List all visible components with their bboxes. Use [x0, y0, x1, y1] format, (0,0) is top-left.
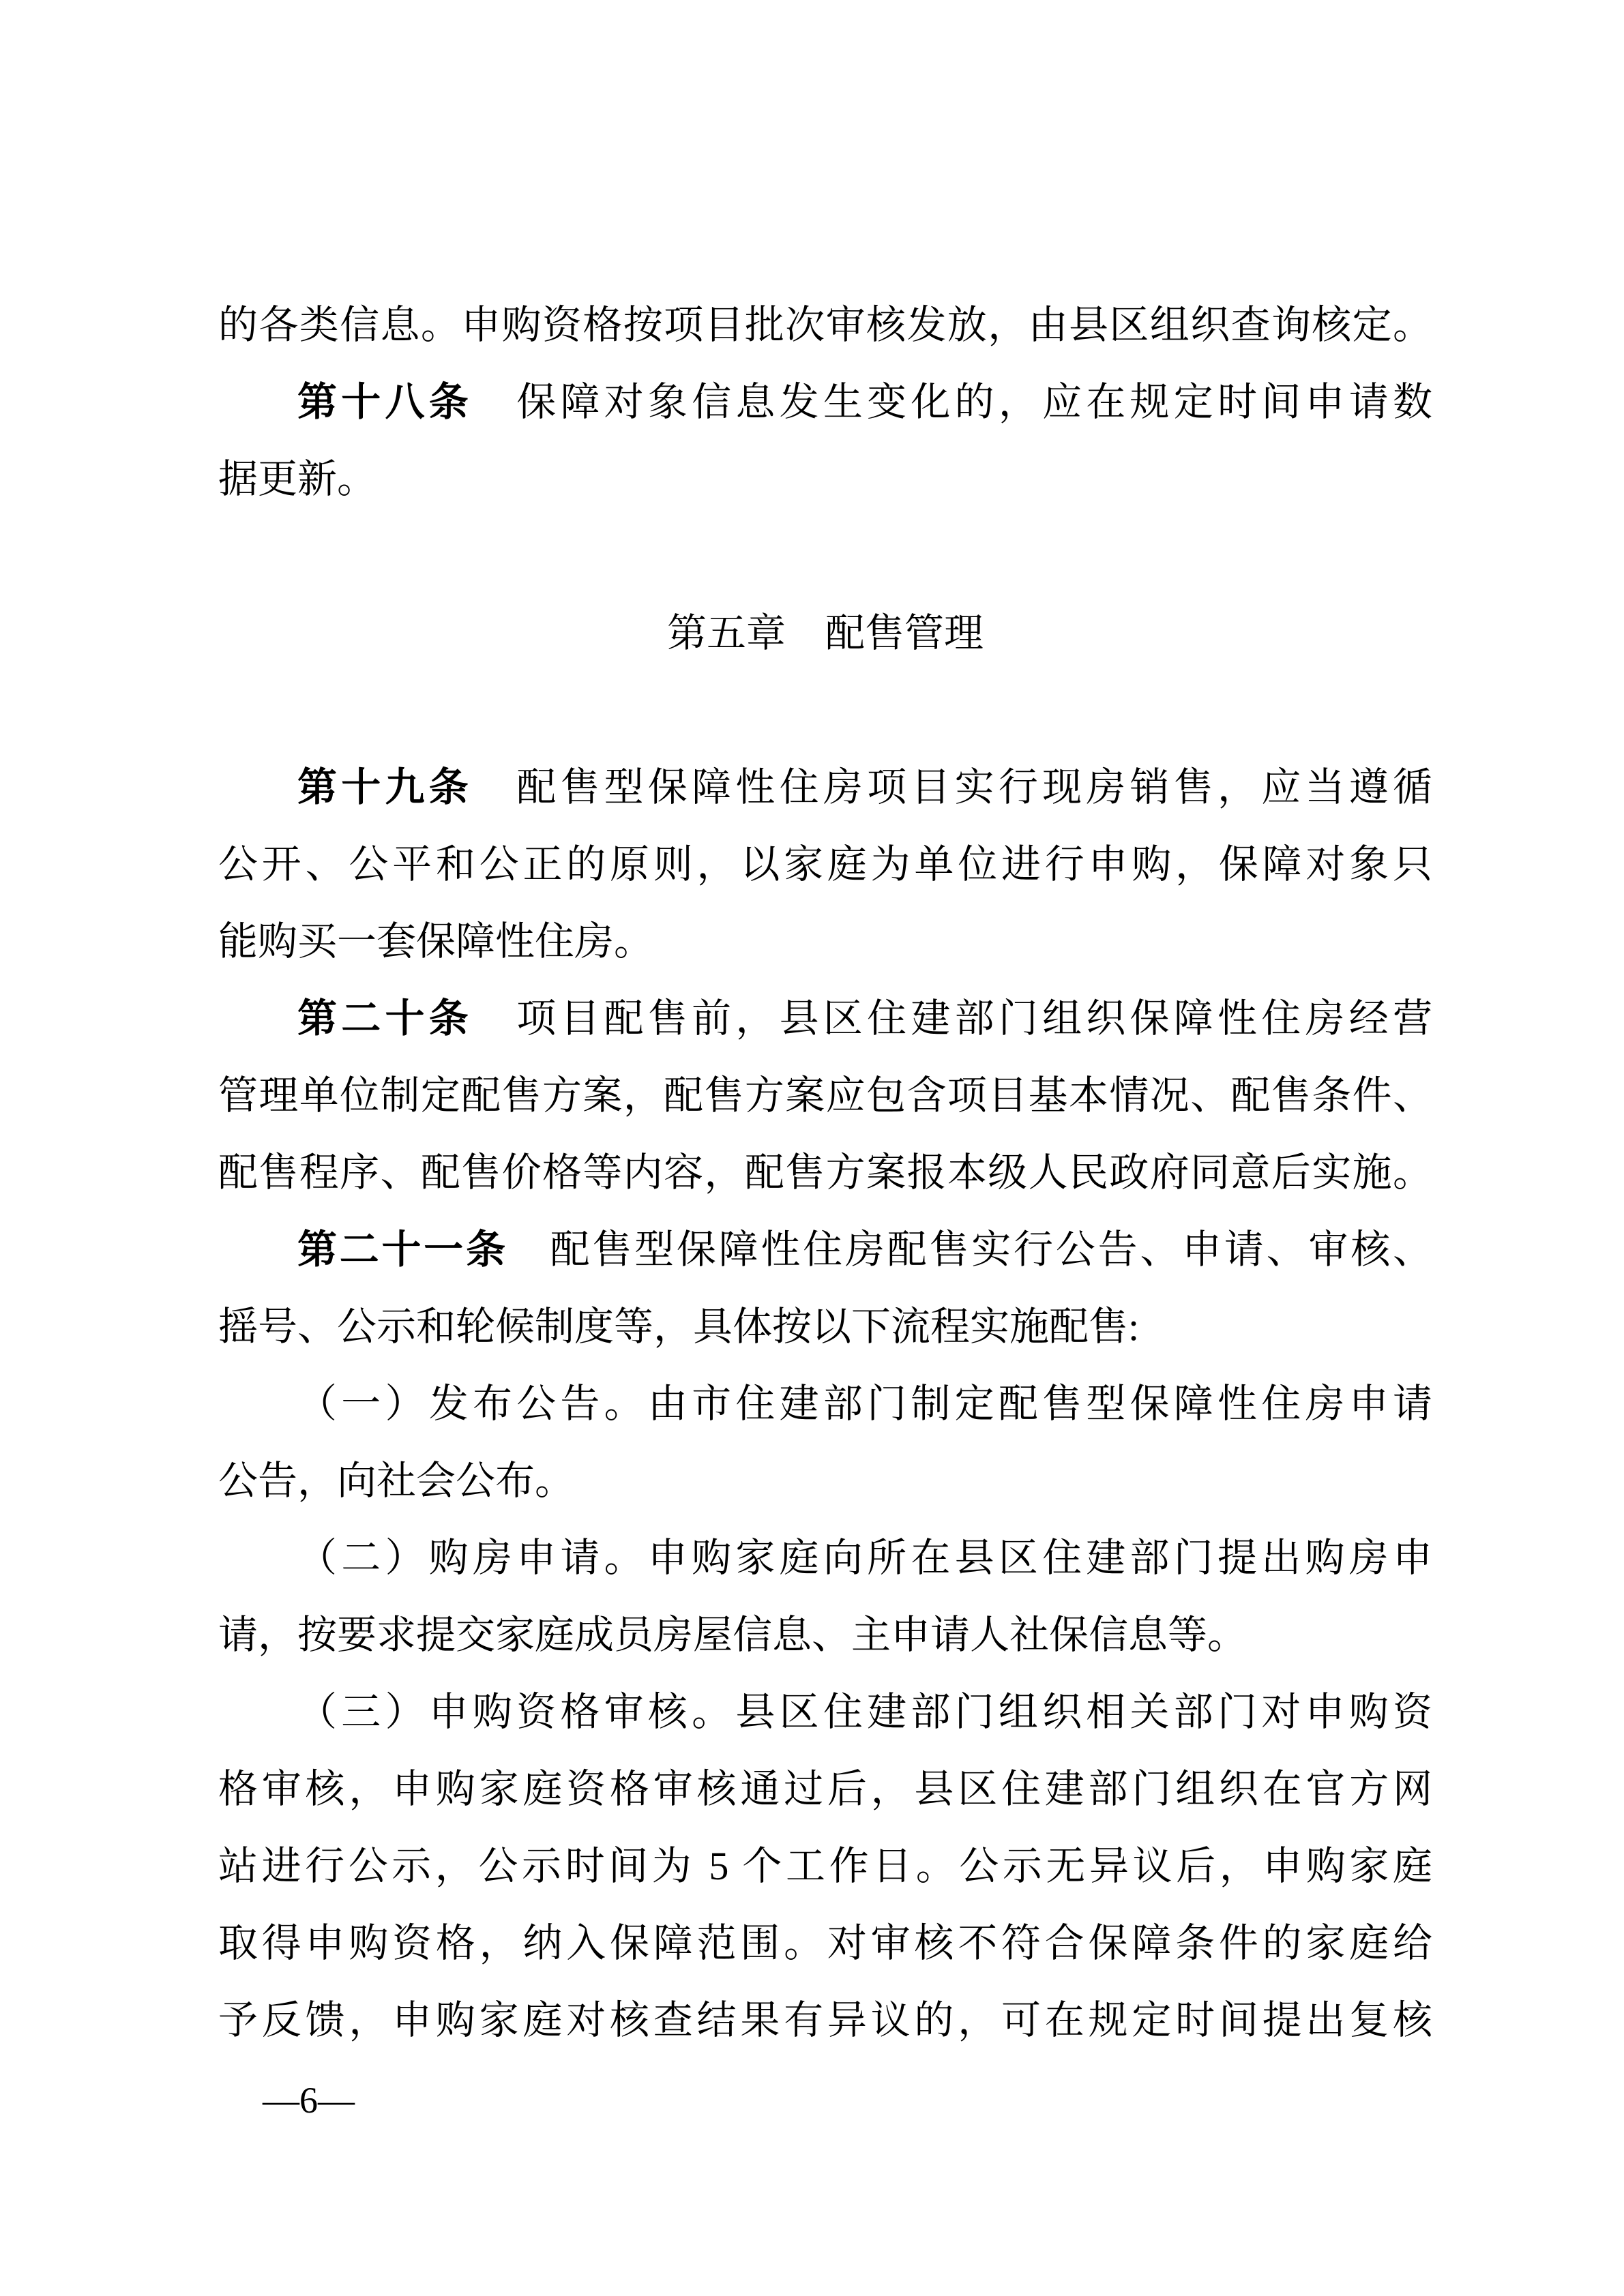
text-line: 第十九条 配售型保障性住房项目实行现房销售，应当遵循: [218, 749, 1432, 826]
text-line: （二）购房申请。申购家庭向所在县区住建部门提出购房申: [218, 1519, 1432, 1596]
text-line: （一）发布公告。由市住建部门制定配售型保障性住房申请: [218, 1365, 1432, 1442]
line-text: 配售型保障性住房配售实行公告、申请、审核、: [508, 1227, 1432, 1272]
text-line: 公开、公平和公正的原则，以家庭为单位进行申购，保障对象只: [218, 826, 1432, 903]
text-line: 公告，向社会公布。: [218, 1442, 1432, 1519]
text-line: 管理单位制定配售方案，配售方案应包含项目基本情况、配售条件、: [218, 1057, 1432, 1134]
text-line: 站进行公示，公示时间为 5 个工作日。公示无异议后，申购家庭: [218, 1828, 1432, 1905]
document-page: 的各类信息。申购资格按项目批次审核发放，由县区组织查询核定。 第十八条 保障对象…: [0, 0, 1624, 2296]
page-content: 的各类信息。申购资格按项目批次审核发放，由县区组织查询核定。 第十八条 保障对象…: [218, 286, 1432, 2059]
text-line: 第十八条 保障对象信息发生变化的，应在规定时间申请数: [218, 363, 1432, 441]
text-line: 予反馈，申购家庭对核查结果有异议的，可在规定时间提出复核: [218, 1982, 1432, 2059]
text-line: 据更新。: [218, 441, 1432, 518]
article-number: 第二十一条: [297, 1227, 508, 1272]
text-line: 格审核，申购家庭资格审核通过后，县区住建部门组织在官方网: [218, 1750, 1432, 1828]
text-line: 的各类信息。申购资格按项目批次审核发放，由县区组织查询核定。: [218, 286, 1432, 363]
line-text: 项目配售前，县区住建部门组织保障性住房经营: [473, 996, 1432, 1041]
line-text: 保障对象信息发生变化的，应在规定时间申请数: [473, 380, 1432, 424]
text-line: （三）申购资格审核。县区住建部门组织相关部门对申购资: [218, 1673, 1432, 1750]
text-line: 取得申购资格，纳入保障范围。对审核不符合保障条件的家庭给: [218, 1905, 1432, 1982]
text-line: 请，按要求提交家庭成员房屋信息、主申请人社保信息等。: [218, 1596, 1432, 1673]
text-line: 能购买一套保障性住房。: [218, 903, 1432, 980]
article-number: 第二十条: [297, 996, 473, 1041]
line-text: 配售型保障性住房项目实行现房销售，应当遵循: [473, 765, 1432, 809]
blank-line: [218, 672, 1432, 749]
page-number: —6—: [263, 2074, 355, 2126]
text-line: 第二十条 项目配售前，县区住建部门组织保障性住房经营: [218, 980, 1432, 1057]
text-line: 第二十一条 配售型保障性住房配售实行公告、申请、审核、: [218, 1211, 1432, 1288]
text-line: 摇号、公示和轮候制度等，具体按以下流程实施配售:: [218, 1288, 1432, 1365]
article-number: 第十八条: [297, 380, 473, 424]
text-line: 配售程序、配售价格等内容，配售方案报本级人民政府同意后实施。: [218, 1134, 1432, 1211]
article-number: 第十九条: [297, 765, 473, 809]
blank-line: [218, 518, 1432, 595]
chapter-heading: 第五章 配售管理: [218, 595, 1432, 672]
